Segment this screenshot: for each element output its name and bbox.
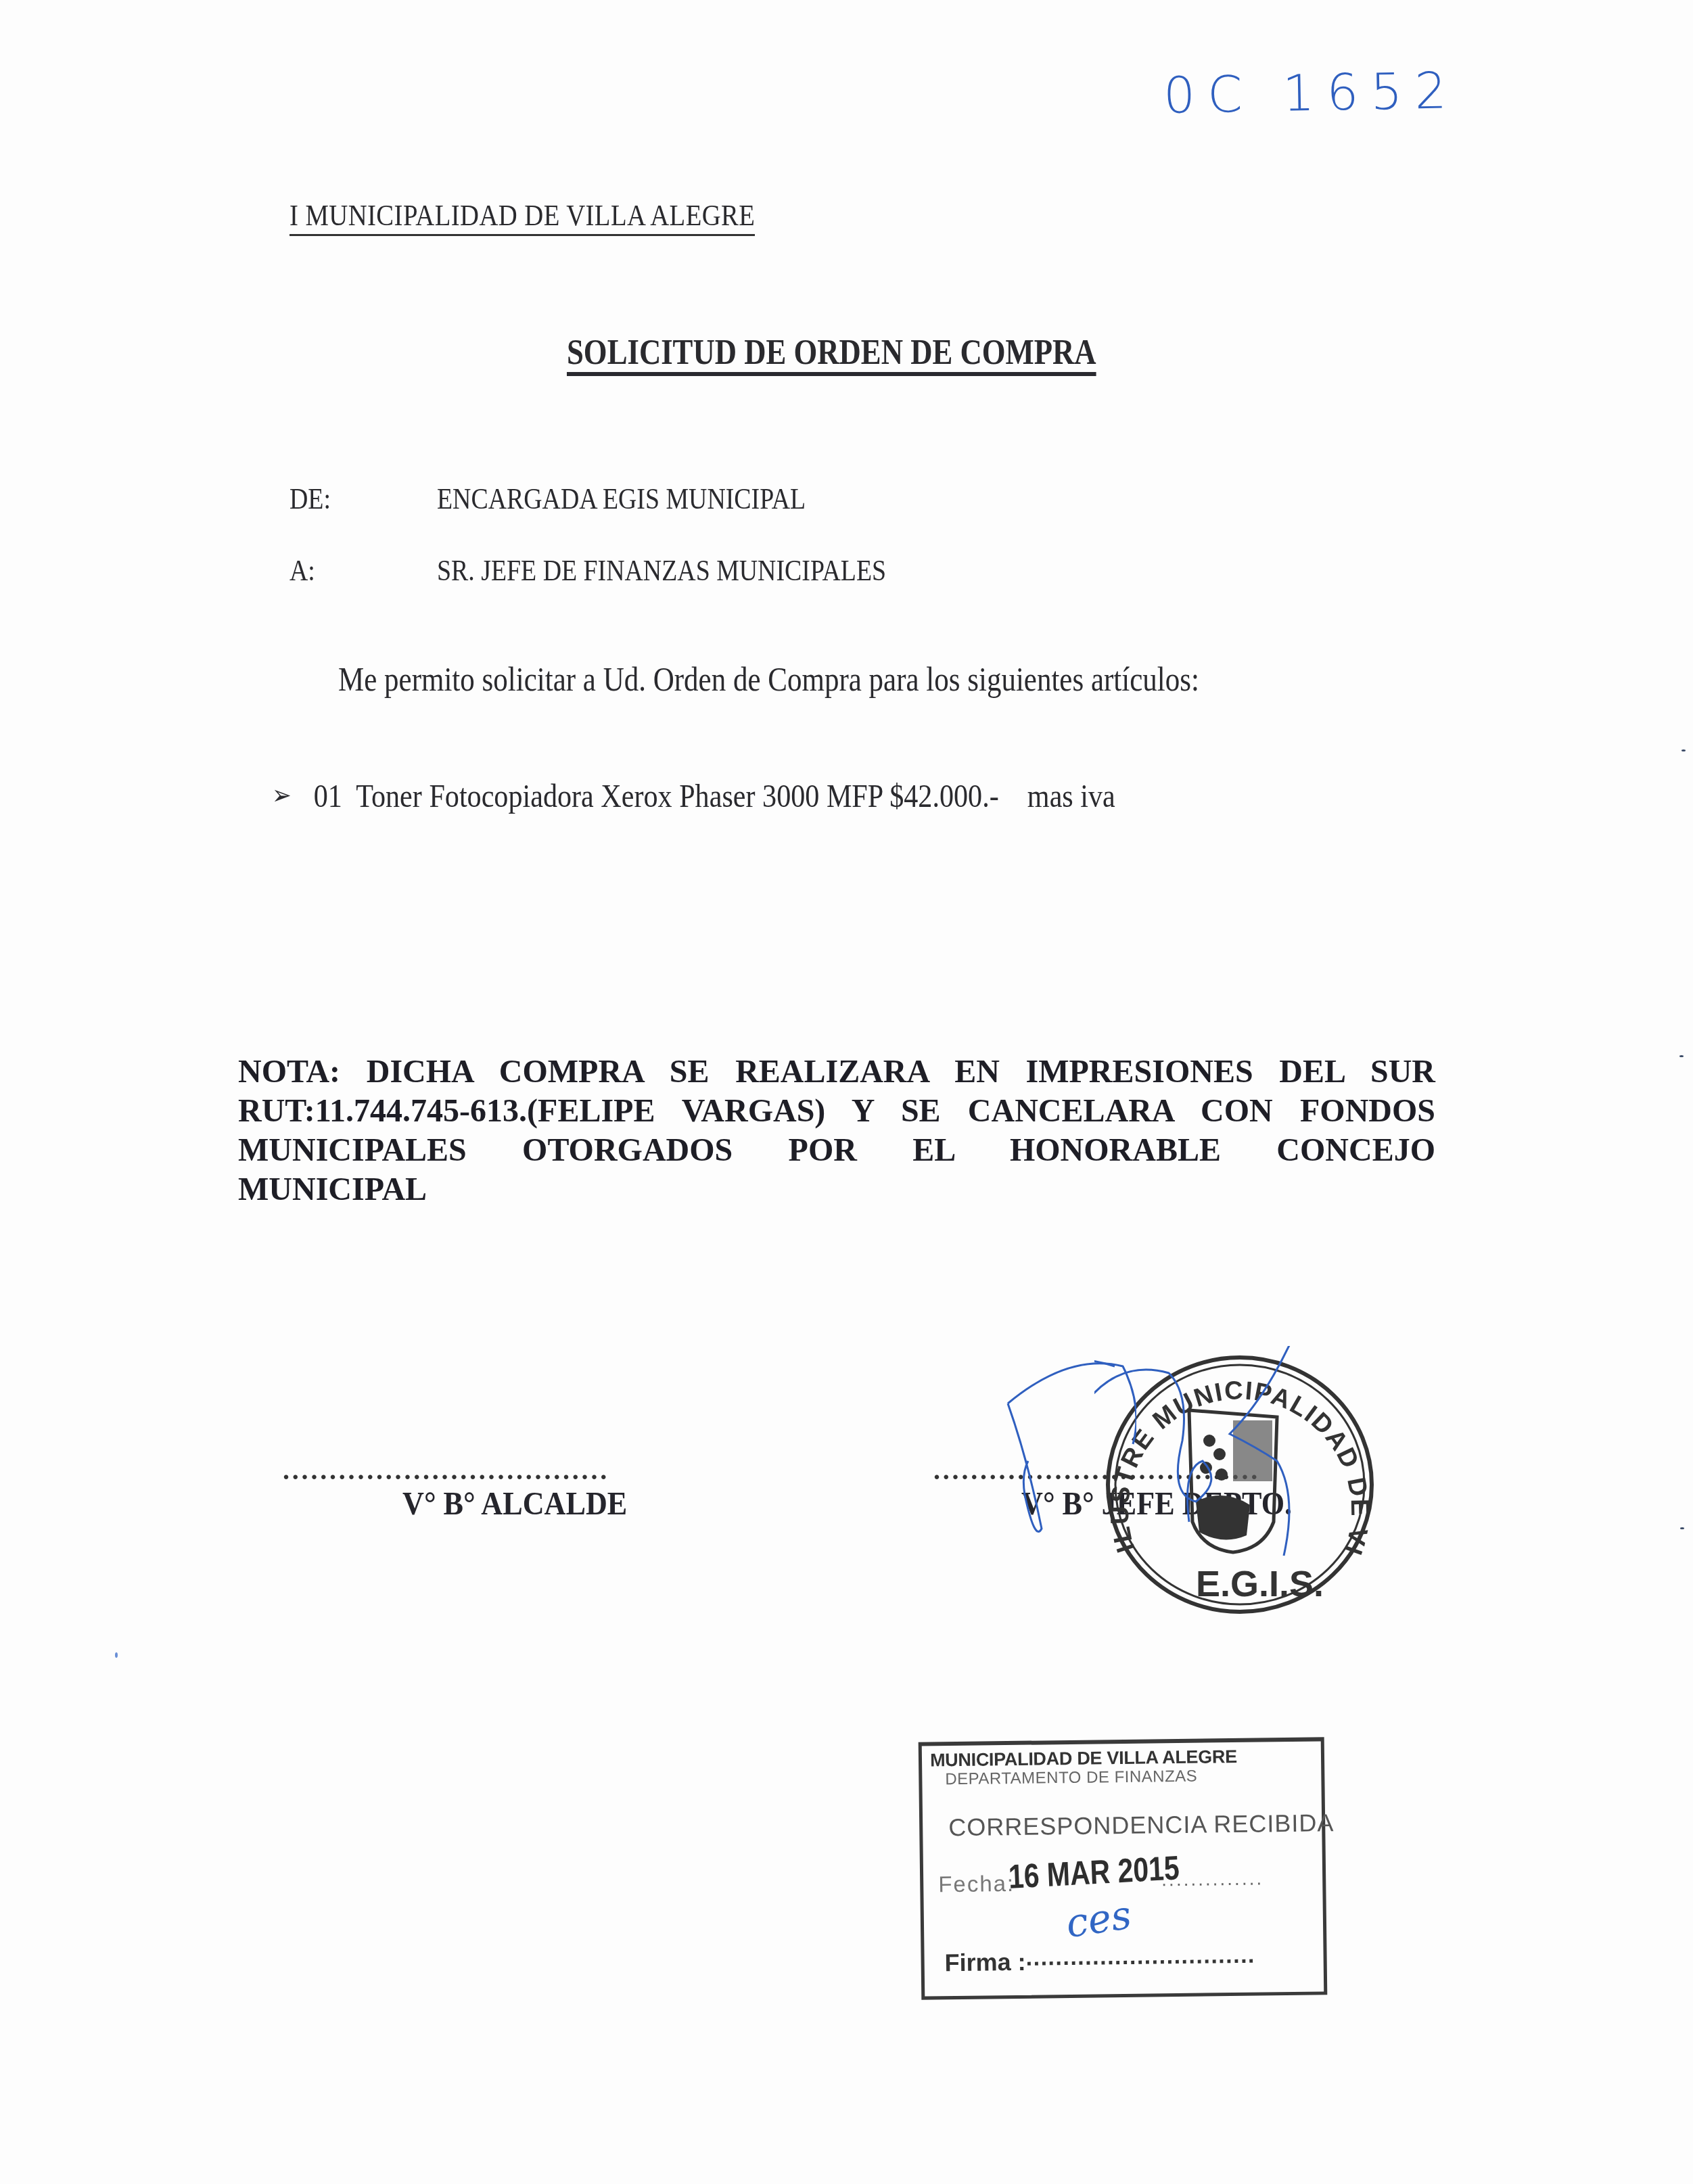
arrow-bullet-icon: ➢ [272, 779, 292, 811]
stamp-received-label: CORRESPONDENCIA RECIBIDA [948, 1809, 1335, 1842]
institution-header: I MUNICIPALIDAD DE VILLA ALEGRE [289, 198, 755, 236]
stamp-department: DEPARTAMENTO DE FINANZAS [945, 1767, 1197, 1790]
scanned-document-page: 0C 1652 I MUNICIPALIDAD DE VILLA ALEGRE … [0, 0, 1693, 2184]
from-label: DE: [289, 482, 331, 516]
stamp-date-value: 16 MAR 2015 [1008, 1848, 1180, 1897]
note-line: NOTA: DICHA COMPRA SE REALIZARA EN IMPRE… [238, 1052, 1435, 1092]
note-line: MUNICIPAL [238, 1170, 1435, 1209]
to-value: SR. JEFE DE FINANZAS MUNICIPALES [437, 553, 886, 588]
seal-center-text: E.G.I.S. [1196, 1564, 1324, 1604]
item-tax-note: mas iva [1027, 777, 1115, 814]
handwritten-signature [988, 1326, 1136, 1556]
item-price: $42.000.- [889, 777, 999, 814]
stamp-date-label: Fecha: [938, 1871, 1015, 1897]
item-quantity: 01 [314, 777, 342, 814]
stamp-signature-label: Firma : [944, 1948, 1026, 1977]
list-item: ➢ 01 Toner Fotocopiadora Xerox Phaser 30… [272, 776, 1115, 815]
stamp-signature-dots: ............................... [1025, 1943, 1255, 1972]
scan-speck [115, 1652, 118, 1658]
to-label: A: [289, 553, 315, 588]
handwritten-purchase-order-number: 0C 1652 [1163, 62, 1459, 125]
scan-speck [1682, 749, 1686, 751]
mayor-approval-label: V° B° ALCALDE [402, 1485, 627, 1523]
stamp-handwritten-initials: ces [1063, 1892, 1134, 1947]
from-value: ENCARGADA EGIS MUNICIPAL [437, 482, 806, 516]
request-intro-text: Me permito solicitar a Ud. Orden de Comp… [338, 659, 1199, 699]
stamp-date-dots: .............. [1161, 1867, 1263, 1890]
purchase-note: NOTA: DICHA COMPRA SE REALIZARA EN IMPRE… [238, 1052, 1435, 1209]
note-line: RUT:11.744.745-613.(FELIPE VARGAS) Y SE … [238, 1092, 1435, 1131]
note-line: MUNICIPALES OTORGADOS POR EL HONORABLE C… [238, 1131, 1435, 1170]
mayor-signature-line: ................................... [283, 1454, 609, 1486]
document-title: SOLICITUD DE ORDEN DE COMPRA [567, 335, 1096, 376]
municipal-egis-seal: ILUSTRE MUNICIPALIDAD DE VILLA ALEGRE E.… [1094, 1346, 1385, 1620]
scan-speck [1679, 1055, 1684, 1057]
scan-speck [1680, 1527, 1684, 1529]
item-description: Toner Fotocopiadora Xerox Phaser 3000 MF… [356, 777, 882, 814]
finance-receipt-stamp: MUNICIPALIDAD DE VILLA ALEGRE DEPARTAMEN… [919, 1737, 1328, 1999]
